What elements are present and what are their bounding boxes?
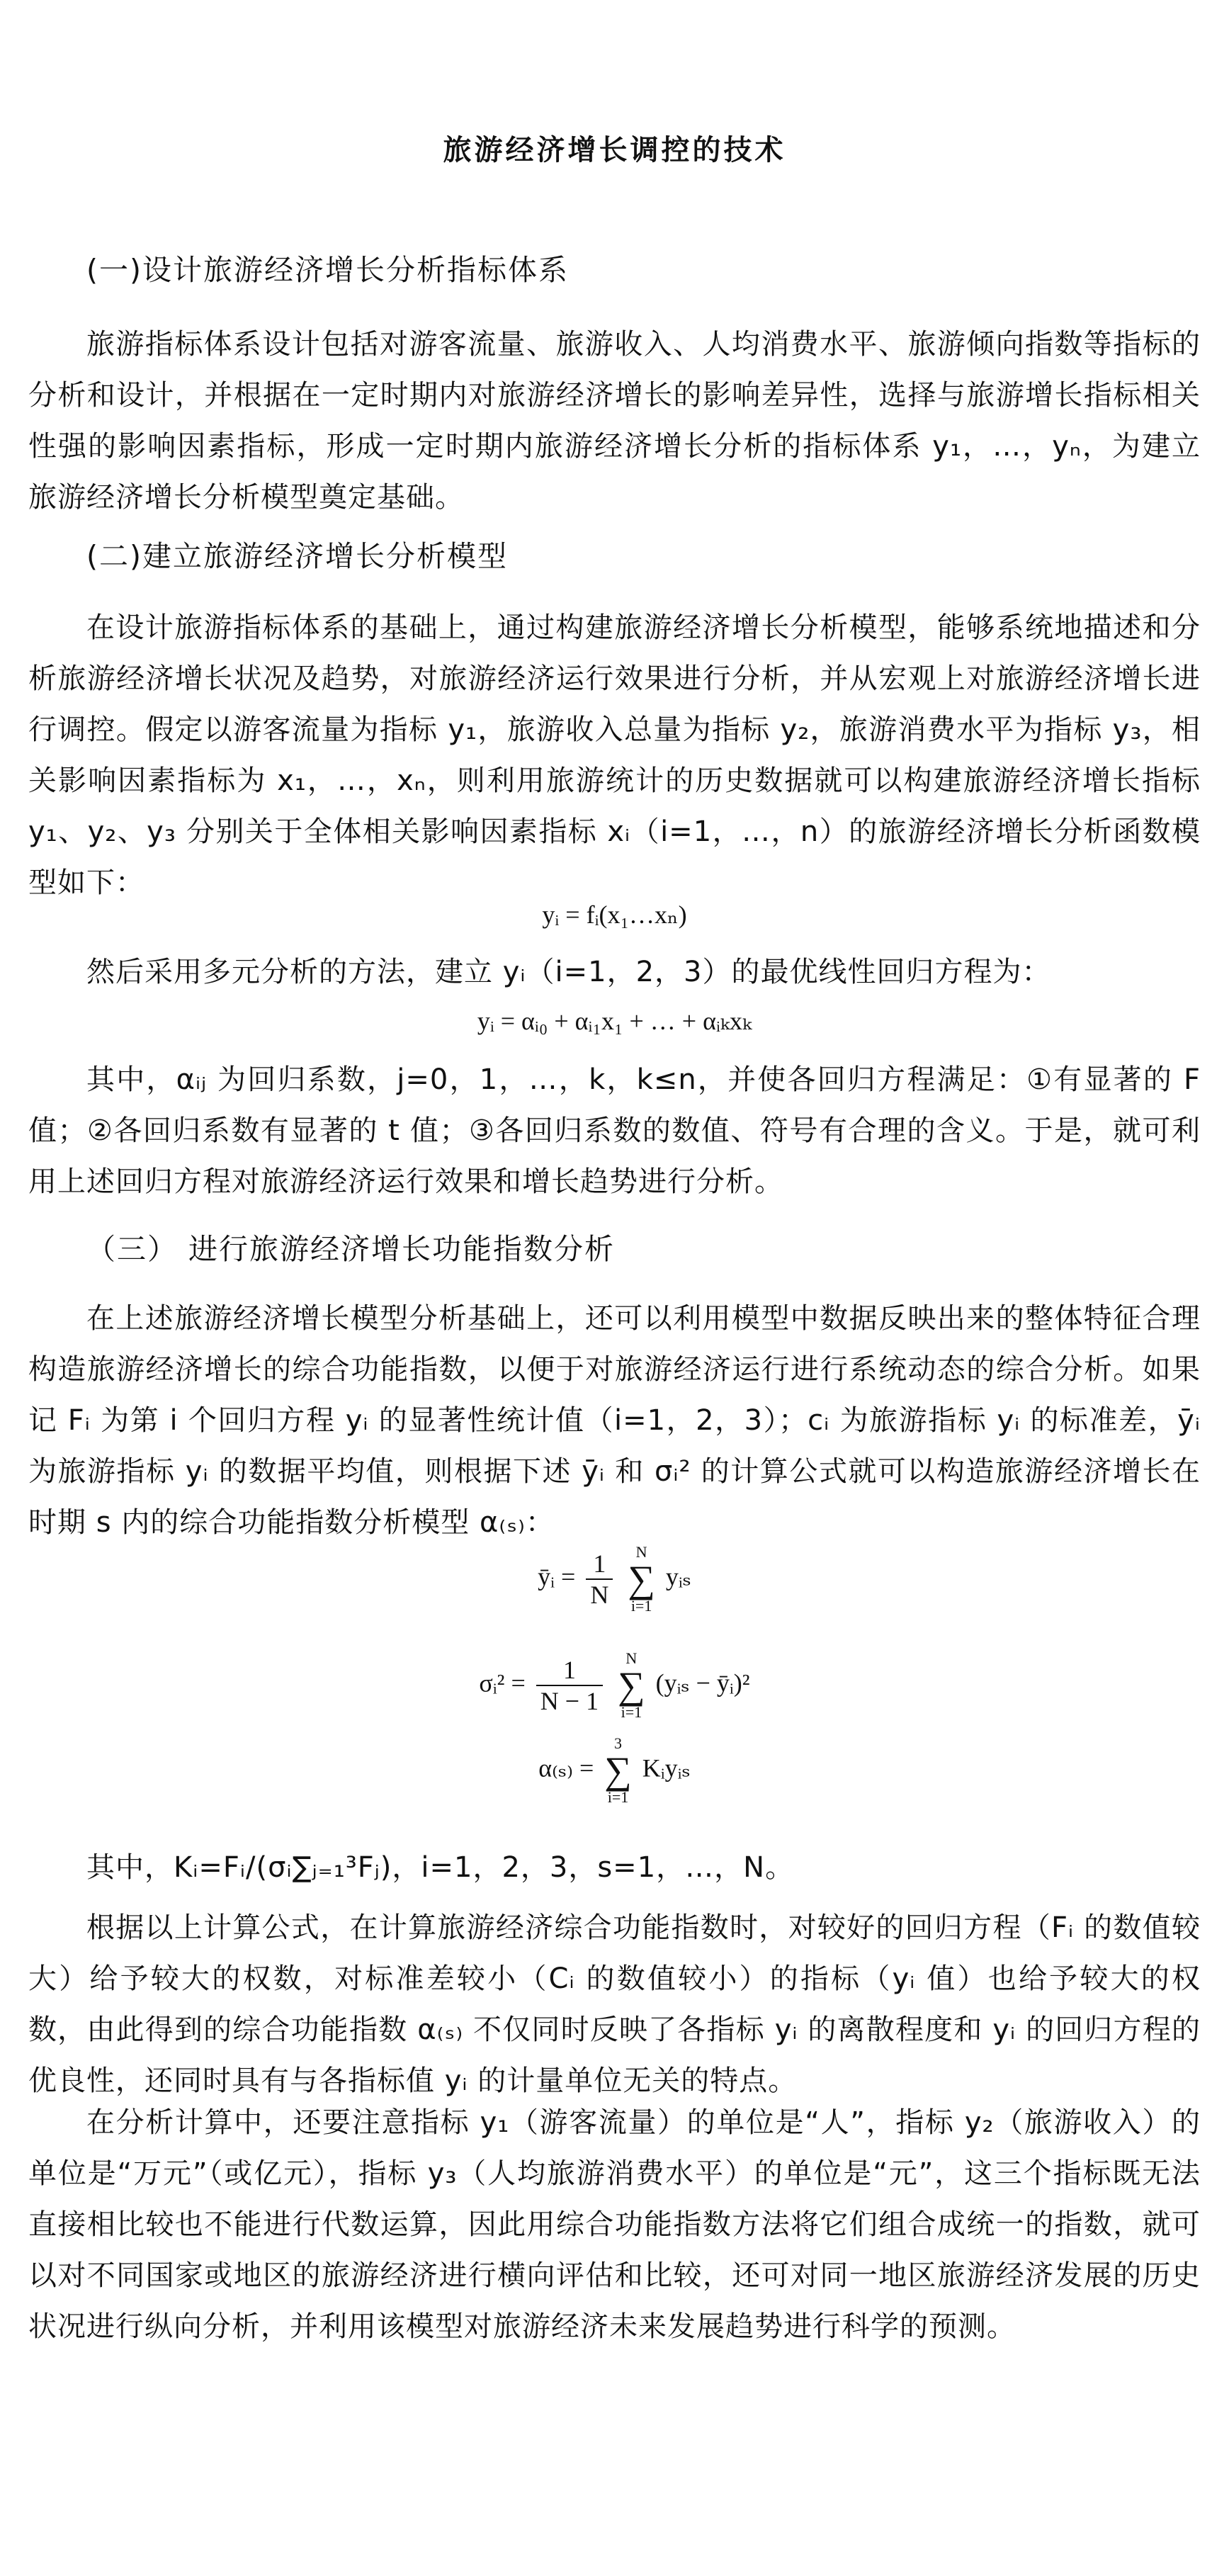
paragraph: 然后采用多元分析的方法，建立 yᵢ（i=1，2，3）的最优线性回归方程为： [28, 947, 1091, 998]
formula-variance: σᵢ² = 1 N − 1 N ∑ i=1 (yᵢₛ − ȳᵢ)² [0, 1651, 1229, 1720]
formula-eq: = [579, 1753, 594, 1782]
sum-symbol: 3 ∑ i=1 [604, 1736, 632, 1805]
formula-mean: ȳᵢ = 1 N N ∑ i=1 yᵢₛ [0, 1544, 1229, 1614]
sum-symbol: N ∑ i=1 [618, 1651, 645, 1720]
formula-lhs: α₍ₛ₎ [538, 1753, 573, 1782]
formula-term: (yᵢₛ − ȳᵢ)² [656, 1668, 750, 1697]
page-title: 旅游经济增长调控的技术 [0, 128, 1229, 168]
section-heading-2: (二)建立旅游经济增长分析模型 [86, 533, 508, 575]
formula-function-model: yᵢ = fᵢ(x₁…xₙ) [0, 900, 1229, 930]
formula-lhs: σᵢ² [479, 1668, 504, 1697]
section-heading-1: (一)设计旅游经济增长分析指标体系 [86, 247, 569, 288]
paragraph: 旅游指标体系设计包括对游客流量、旅游收入、人均消费水平、旅游倾向指数等指标的分析… [28, 319, 1201, 523]
formula-term: Kᵢyᵢₛ [642, 1753, 691, 1782]
paragraph: 其中，Kᵢ=Fᵢ/(σᵢ∑ⱼ₌₁³Fⱼ)，i=1，2，3，s=1，…，N。 [28, 1842, 1201, 1893]
formula-eq: = [511, 1668, 525, 1697]
formula-composite-index: α₍ₛ₎ = 3 ∑ i=1 Kᵢyᵢₛ [0, 1736, 1229, 1805]
formula-regression: yᵢ = αᵢ₀ + αᵢ₁x₁ + … + αᵢₖxₖ [0, 1006, 1229, 1036]
document-page: 旅游经济增长调控的技术 (一)设计旅游经济增长分析指标体系 旅游指标体系设计包括… [0, 0, 1229, 2576]
formula-term: yᵢₛ [666, 1562, 691, 1591]
section-heading-3: （三） 进行旅游经济增长功能指数分析 [86, 1226, 615, 1267]
sum-symbol: N ∑ i=1 [628, 1544, 655, 1614]
formula-lhs: ȳᵢ [538, 1562, 555, 1591]
fraction: 1 N [586, 1549, 613, 1610]
paragraph: 根据以上计算公式，在计算旅游经济综合功能指数时，对较好的回归方程（Fᵢ 的数值较… [28, 1902, 1201, 2106]
paragraph: 在设计旅游指标体系的基础上，通过构建旅游经济增长分析模型，能够系统地描述和分析旅… [28, 602, 1201, 908]
formula-eq: = [561, 1562, 575, 1591]
paragraph: 其中，αᵢⱼ 为回归系数，j=0，1，…，k，k≤n，并使各回归方程满足：①有显… [28, 1054, 1201, 1207]
paragraph: 在上述旅游经济增长模型分析基础上，还可以利用模型中数据反映出来的整体特征合理构造… [28, 1293, 1201, 1548]
fraction: 1 N − 1 [536, 1655, 603, 1716]
paragraph: 在分析计算中，还要注意指标 y₁（游客流量）的单位是“人”，指标 y₂（旅游收入… [28, 2097, 1201, 2352]
